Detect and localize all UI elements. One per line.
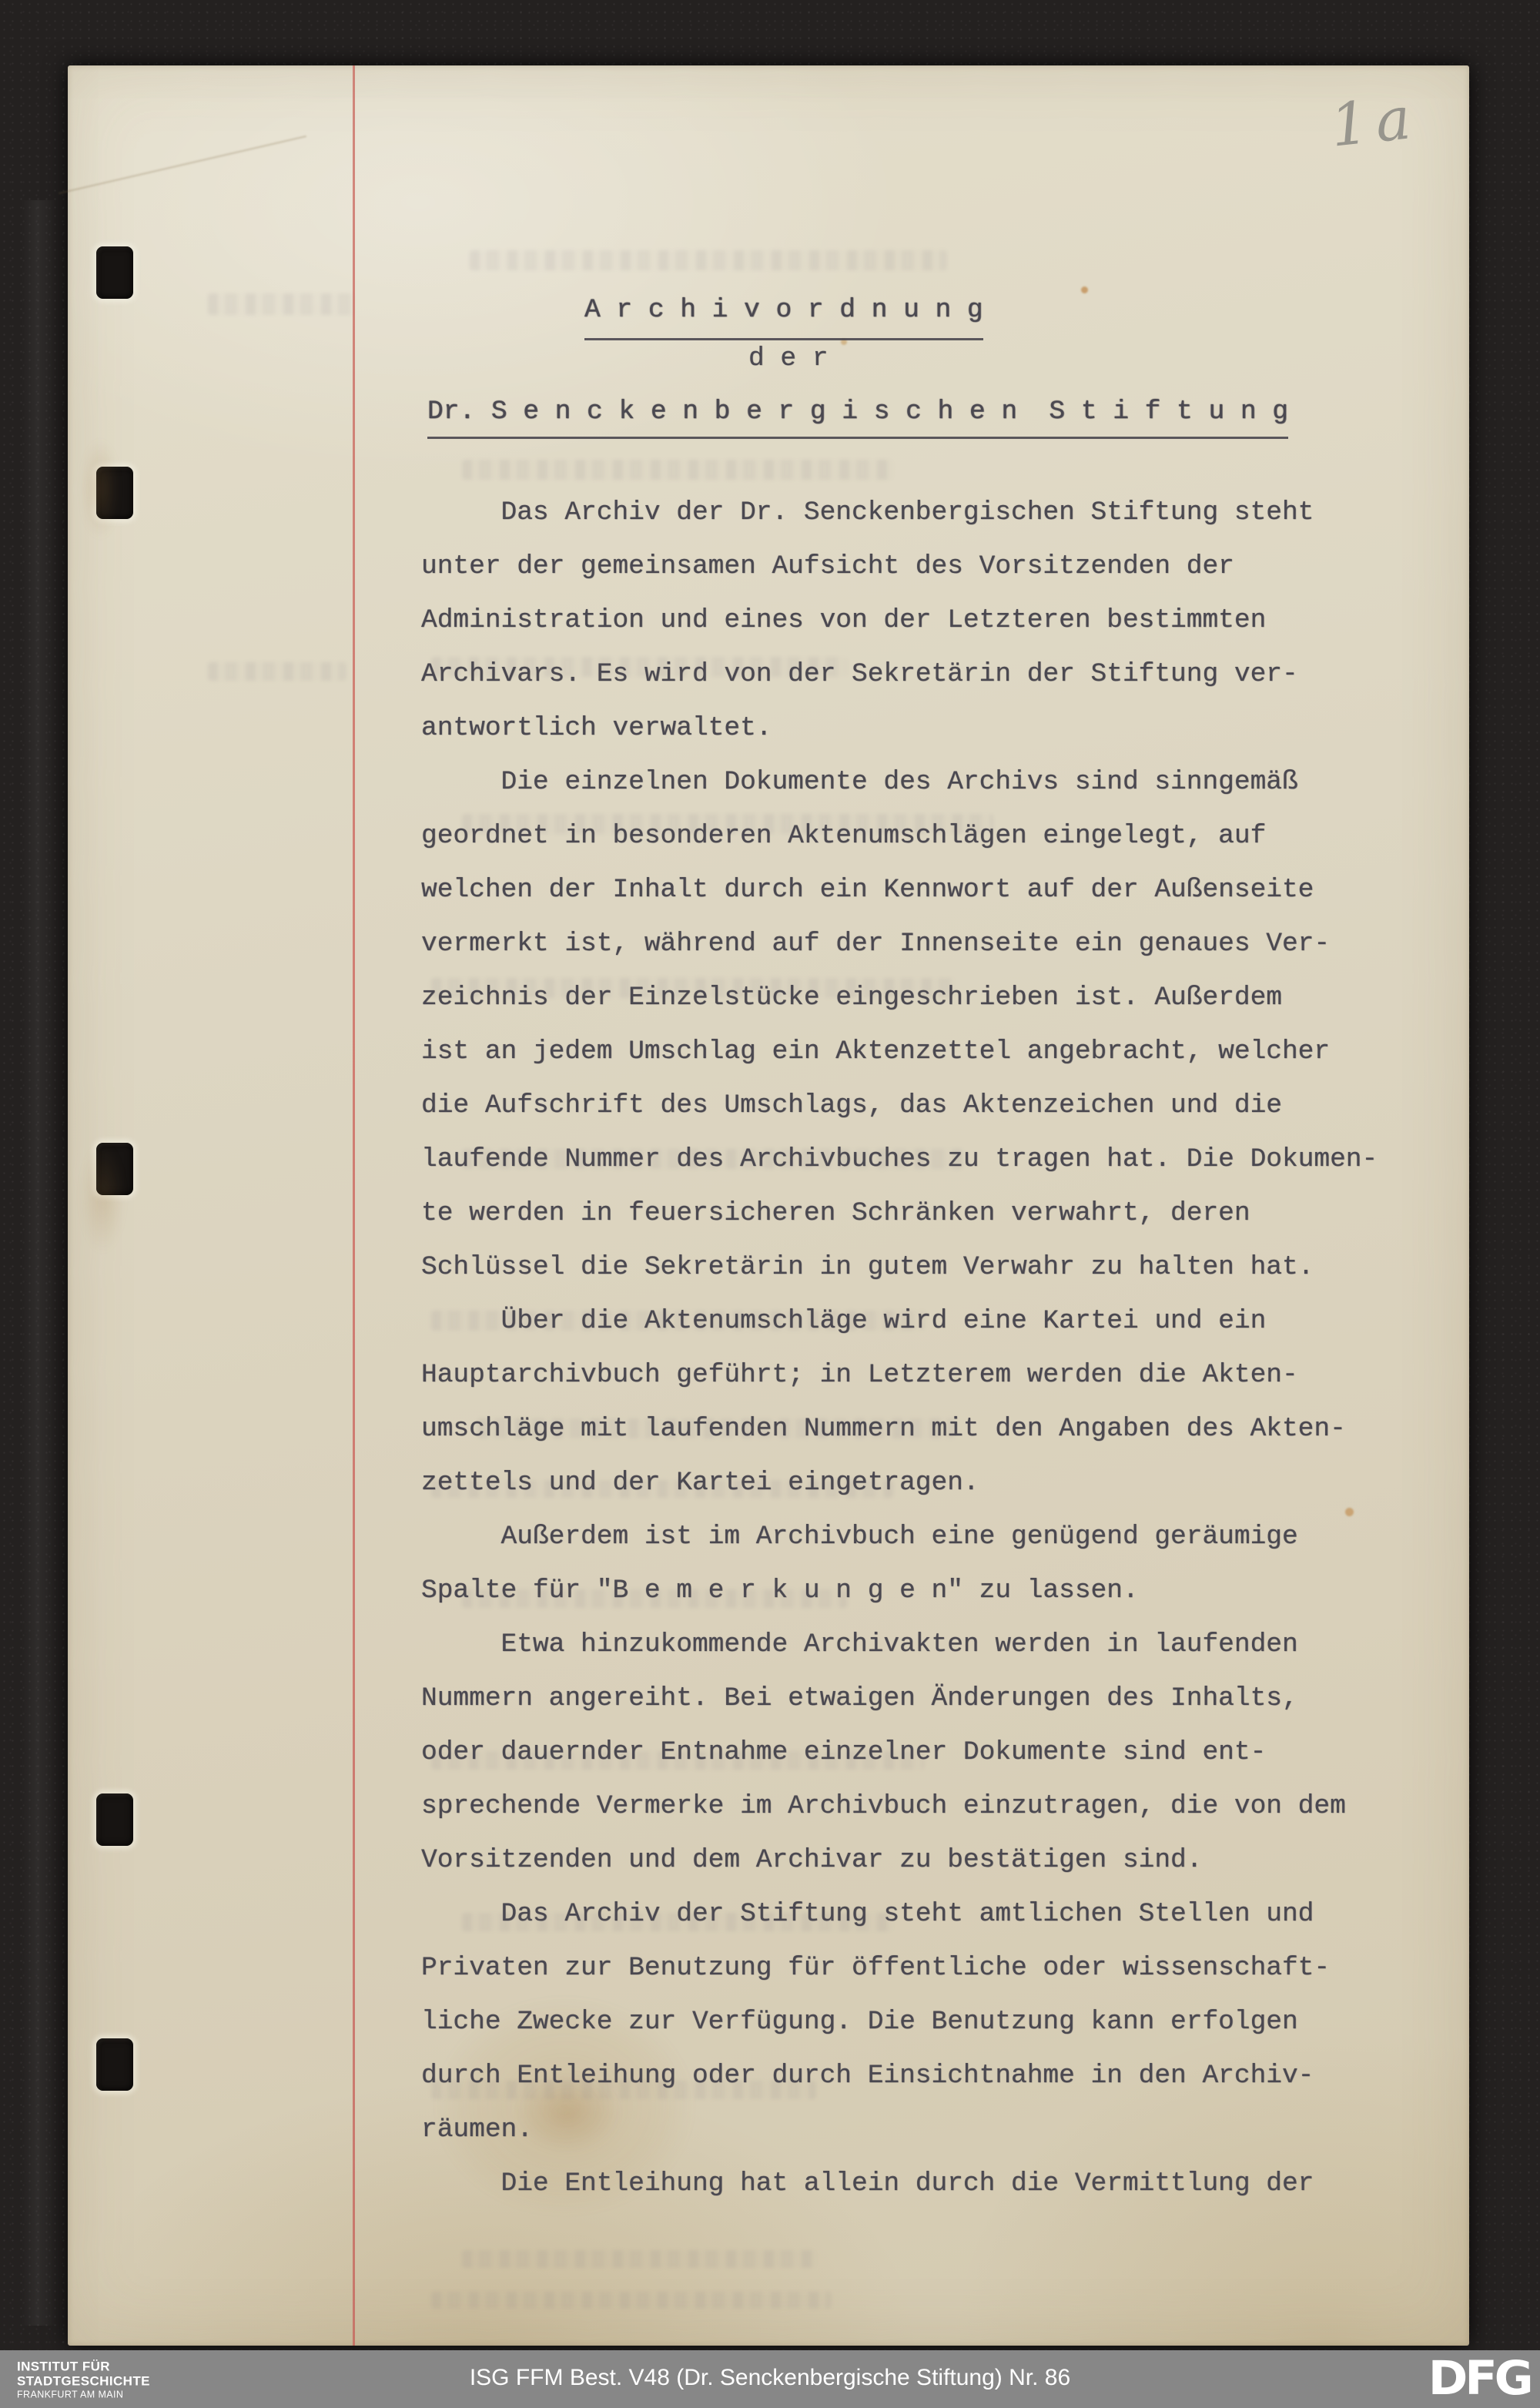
typed-line: Nummern angereiht. Bei etwaigen Änderung… (421, 1672, 1378, 1726)
typed-line: sprechende Vermerke im Archivbuch einzut… (421, 1780, 1378, 1834)
typed-line: Das Archiv der Stiftung steht amtlichen … (421, 1887, 1378, 1941)
typed-line: Vorsitzenden und dem Archivar zu bestäti… (421, 1834, 1378, 1887)
typed-line: vermerkt ist, während auf der Innenseite… (421, 917, 1378, 971)
dfg-logo: DFG (1428, 2351, 1530, 2406)
typed-line: unter der gemeinsamen Aufsicht des Vorsi… (421, 540, 1378, 594)
folder-crease (22, 200, 57, 2326)
typed-line: räumen. (421, 2103, 1378, 2157)
typed-line: Außerdem ist im Archivbuch eine genügend… (421, 1510, 1378, 1564)
punch-hole (96, 2038, 133, 2091)
typed-line: Administration und eines von der Letzter… (421, 594, 1378, 648)
typed-line: liche Zwecke zur Verfügung. Die Benutzun… (421, 1995, 1378, 2049)
typed-line: Archivars. Es wird von der Sekretärin de… (421, 648, 1378, 702)
bleed-through-mark (462, 2250, 816, 2268)
paper-crease (59, 136, 306, 194)
archive-scan-viewer: 1a A r c h i v o r d n u n g d e r Dr. S… (0, 0, 1540, 2408)
typed-line: zettels und der Kartei eingetragen. (421, 1456, 1378, 1510)
bleed-through-mark (208, 293, 354, 315)
typed-line: Schlüssel die Sekretärin in gutem Verwah… (421, 1241, 1378, 1294)
paper-stain (1081, 286, 1088, 293)
typed-line: Das Archiv der Dr. Senckenbergischen Sti… (421, 486, 1378, 540)
typed-line: oder dauernder Entnahme einzelner Dokume… (421, 1726, 1378, 1780)
typed-line: Über die Aktenumschläge wird eine Kartei… (421, 1294, 1378, 1348)
typed-line: te werden in feuersicheren Schränken ver… (421, 1187, 1378, 1241)
typed-line: umschläge mit laufenden Nummern mit den … (421, 1402, 1378, 1456)
typed-line: die Aufschrift des Umschlags, das Aktenz… (421, 1079, 1378, 1133)
typed-line: Die einzelnen Dokumente des Archivs sind… (421, 755, 1378, 809)
document-title: A r c h i v o r d n u n g (584, 292, 983, 340)
typed-line: Die Entleihung hat allein durch die Verm… (421, 2157, 1378, 2211)
bleed-through-mark (470, 250, 947, 270)
bleed-through-mark (431, 2292, 832, 2309)
bleed-through-mark (462, 460, 893, 480)
typed-line: welchen der Inhalt durch ein Kennwort au… (421, 863, 1378, 917)
typed-line: Hauptarchivbuch geführt; in Letzterem we… (421, 1348, 1378, 1402)
typed-line: laufende Nummer des Archivbuches zu trag… (421, 1133, 1378, 1187)
typed-line: Etwa hinzukommende Archivakten werden in… (421, 1618, 1378, 1672)
document-body: Das Archiv der Dr. Senckenbergischen Sti… (421, 486, 1378, 2211)
paper-stain (75, 1128, 129, 1267)
typed-line: Spalte für "B e m e r k u n g e n" zu la… (421, 1564, 1378, 1618)
typed-line: ist an jedem Umschlag ein Aktenzettel an… (421, 1025, 1378, 1079)
typed-line: geordnet in besonderen Aktenumschlägen e… (421, 809, 1378, 863)
document-subtitle: Dr. S e n c k e n b e r g i s c h e n S … (427, 394, 1288, 439)
bleed-through-mark (208, 662, 346, 681)
typed-line: antwortlich verwaltet. (421, 702, 1378, 755)
archival-reference: ISG FFM Best. V48 (Dr. Senckenbergische … (0, 2365, 1540, 2391)
handwritten-page-number: 1a (1327, 82, 1421, 159)
footer-bar: INSTITUT FÜR STADTGESCHICHTE FRANKFURT A… (0, 2350, 1540, 2408)
punch-hole (96, 1793, 133, 1846)
typed-line: Privaten zur Benutzung für öffentliche o… (421, 1941, 1378, 1995)
typed-line: durch Entleihung oder durch Einsichtnahm… (421, 2049, 1378, 2103)
punch-hole (96, 246, 133, 299)
document-title-connector: d e r (748, 340, 829, 377)
paper-stain (77, 427, 123, 551)
red-margin-rule (353, 65, 355, 2346)
typed-line: zeichnis der Einzelstücke eingeschrieben… (421, 971, 1378, 1025)
document-page: 1a A r c h i v o r d n u n g d e r Dr. S… (68, 65, 1469, 2346)
